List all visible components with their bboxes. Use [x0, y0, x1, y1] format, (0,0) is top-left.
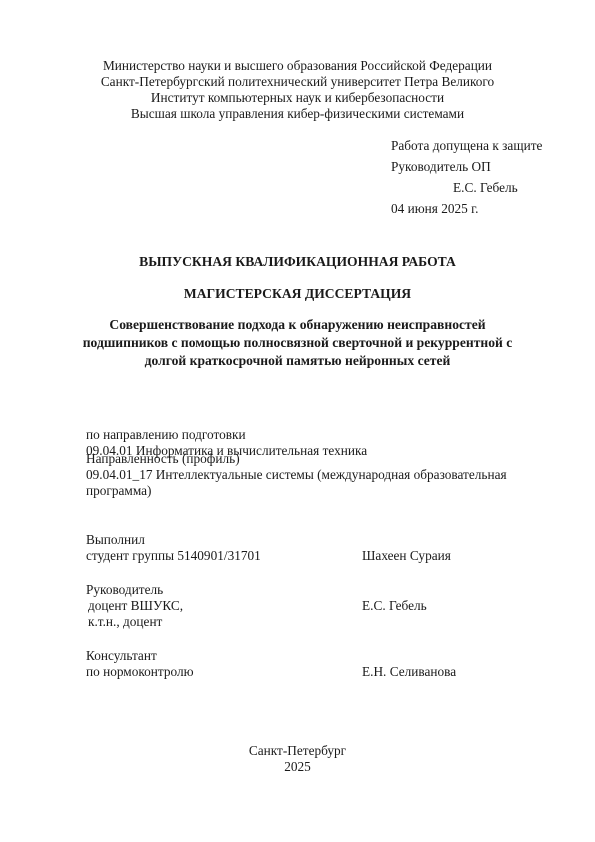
supervisor-degree: к.т.н., доцент — [88, 614, 162, 630]
degree-title: МАГИСТЕРСКАЯ ДИССЕРТАЦИЯ — [0, 286, 595, 302]
institute-line: Институт компьютерных наук и кибербезопа… — [0, 90, 595, 106]
performer-name: Шахеен Сураия — [362, 548, 451, 564]
supervisor-name: Е.С. Гебель — [362, 598, 427, 614]
topic-line: подшипников с помощью полносвязной сверт… — [0, 335, 595, 351]
supervisor-label: Руководитель — [86, 582, 163, 598]
school-line: Высшая школа управления кибер-физическим… — [0, 106, 595, 122]
approval-admitted: Работа допущена к защите — [391, 138, 542, 154]
topic-line: Совершенствование подхода к обнаружению … — [0, 317, 595, 333]
profile-value: 09.04.01_17 Интеллектуальные системы (ме… — [86, 467, 507, 483]
consultant-name: Е.Н. Селиванова — [362, 664, 456, 680]
profile-label: Направленность (профиль) — [86, 451, 240, 467]
approval-role: Руководитель ОП — [391, 159, 491, 175]
profile-value-continued: программа) — [86, 483, 152, 499]
work-type-title: ВЫПУСКНАЯ КВАЛИФИКАЦИОННАЯ РАБОТА — [0, 254, 595, 270]
supervisor-position: доцент ВШУКС, — [88, 598, 183, 614]
direction-label: по направлению подготовки — [86, 427, 246, 443]
university-line: Санкт-Петербургский политехнический унив… — [0, 74, 595, 90]
performer-detail: студент группы 5140901/31701 — [86, 548, 261, 564]
footer-city: Санкт-Петербург — [0, 743, 595, 759]
ministry-line: Министерство науки и высшего образования… — [0, 58, 595, 74]
performer-label: Выполнил — [86, 532, 145, 548]
approval-name: Е.С. Гебель — [453, 180, 518, 196]
topic-line: долгой краткосрочной памятью нейронных с… — [0, 353, 595, 369]
approval-date: 04 июня 2025 г. — [391, 201, 478, 217]
consultant-label: Консультант — [86, 648, 157, 664]
consultant-detail: по нормоконтролю — [86, 664, 194, 680]
footer-year: 2025 — [0, 759, 595, 775]
